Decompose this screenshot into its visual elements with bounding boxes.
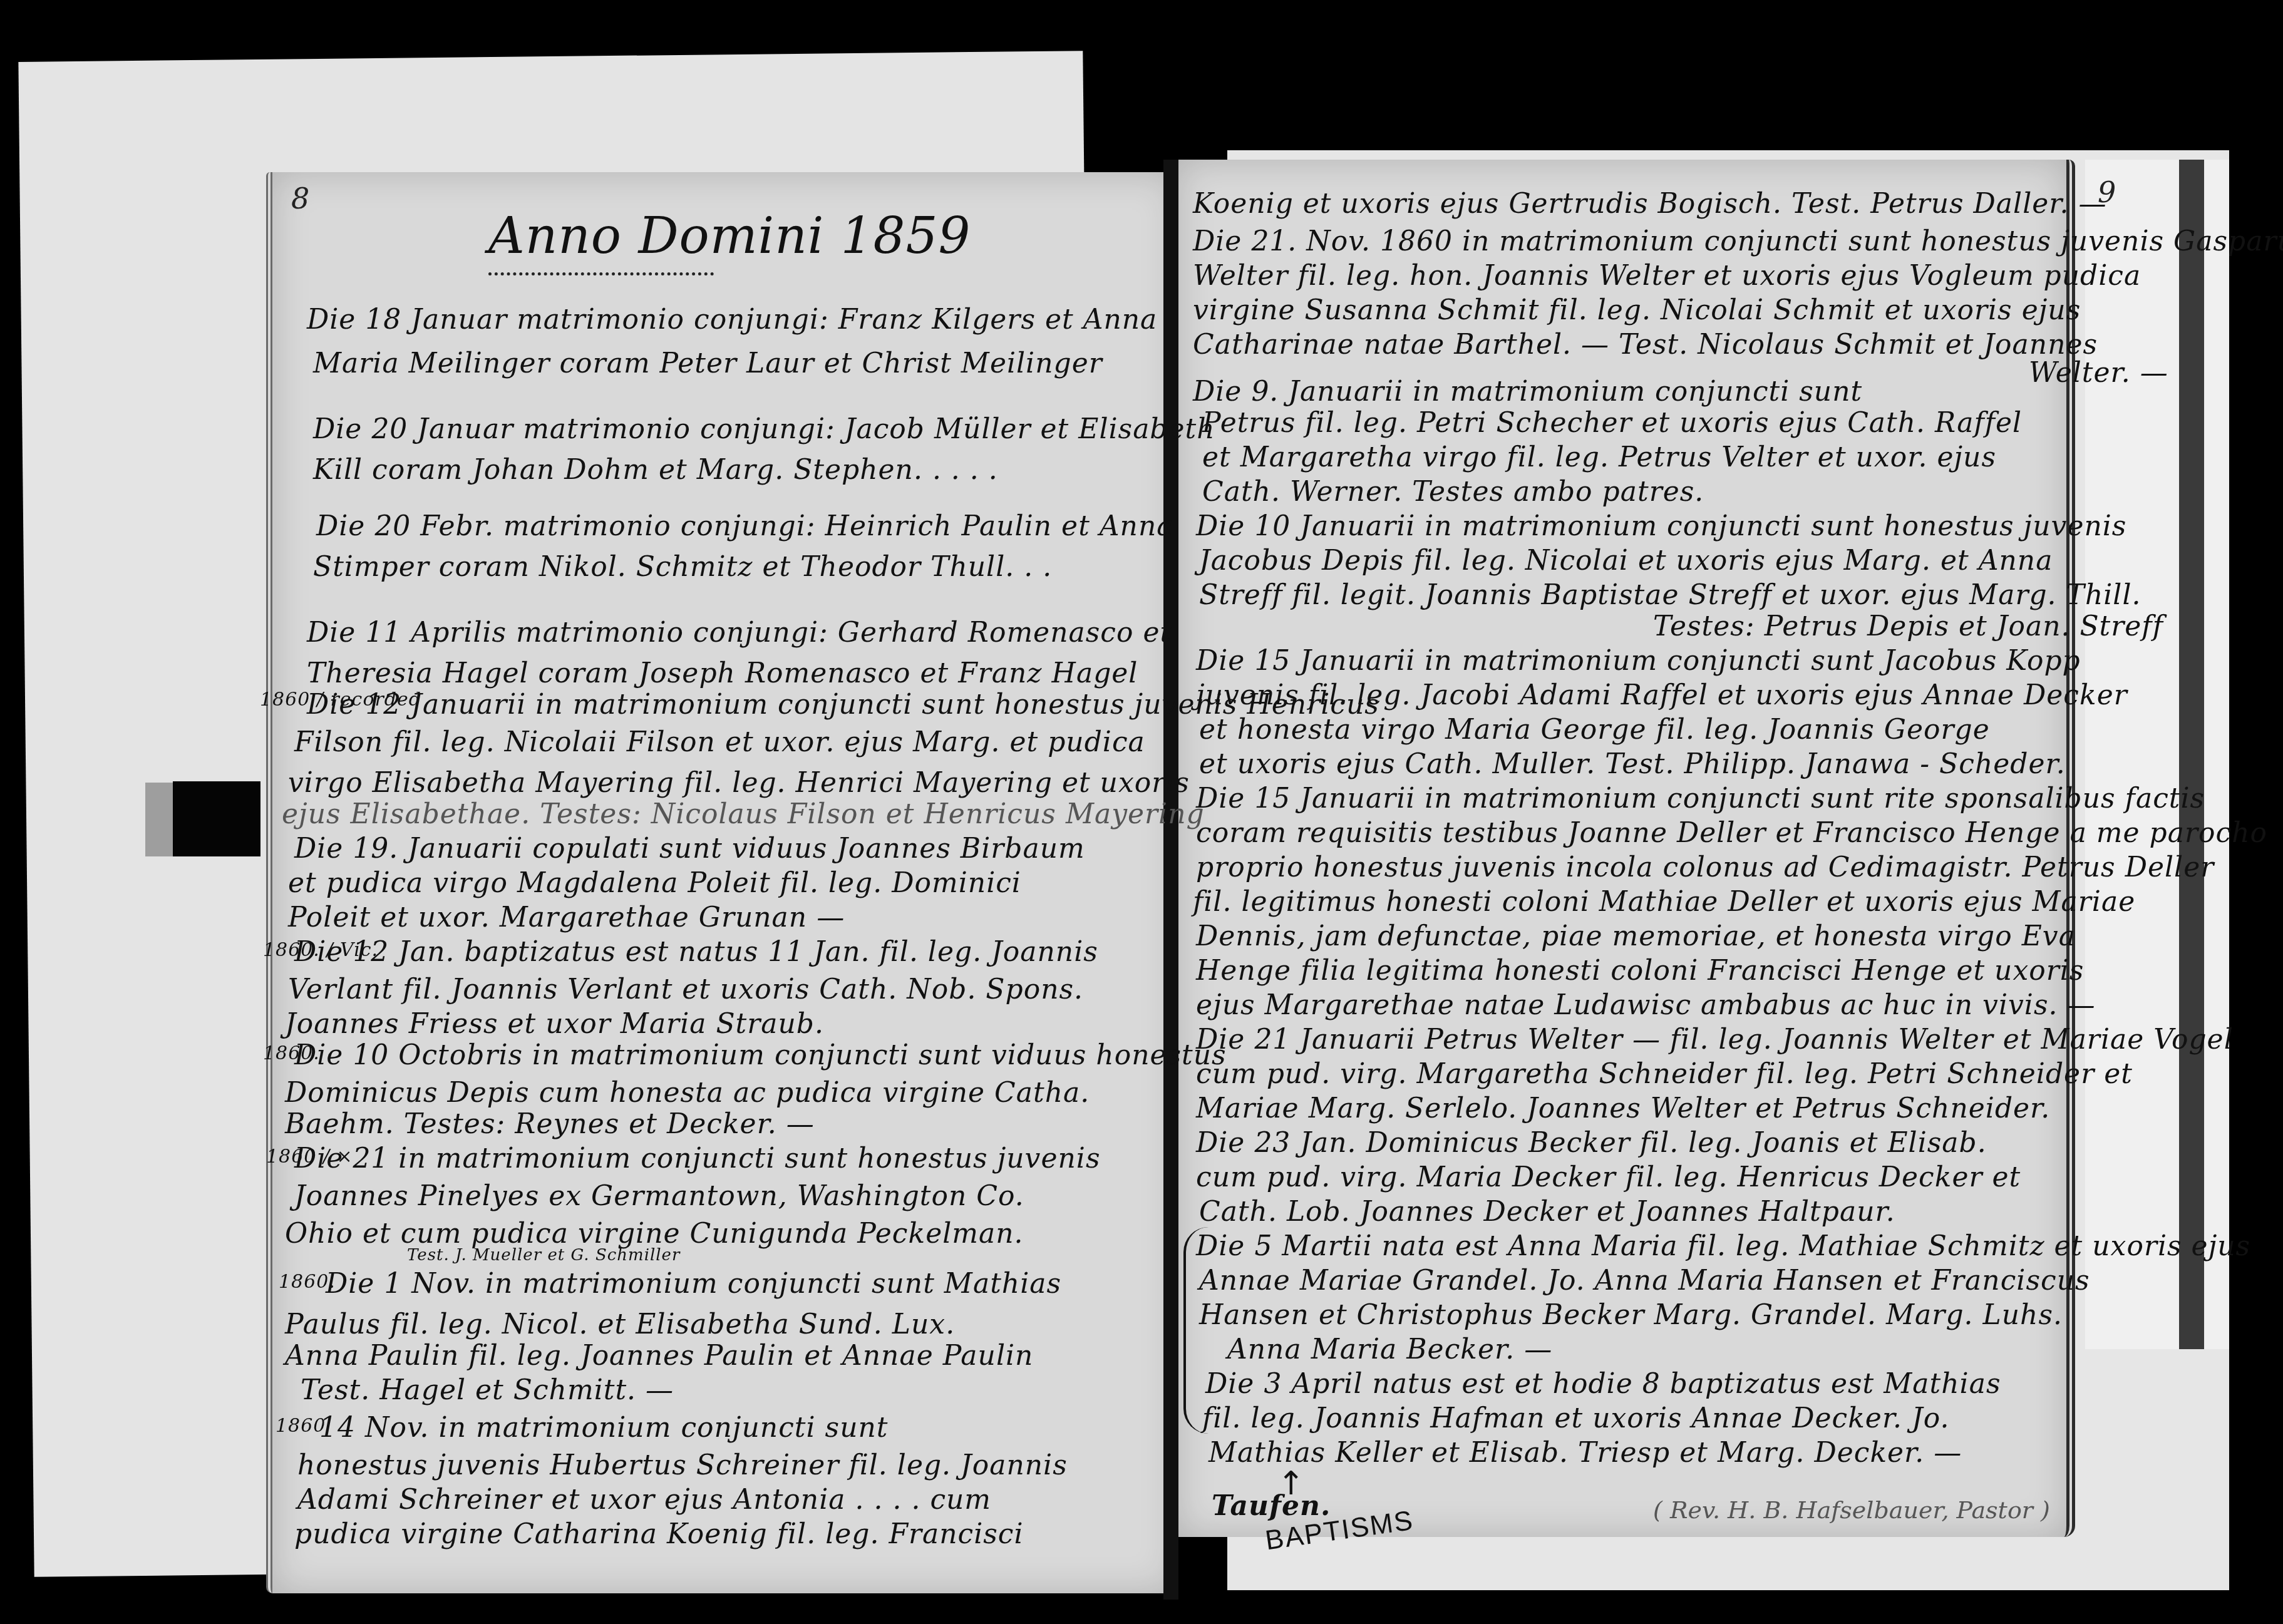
entry-line: Die 1 Nov. in matrimonium conjuncti sunt… (326, 1268, 1061, 1300)
entry-line: Die 21 in matrimonium conjuncti sunt hon… (294, 1143, 1101, 1174)
margin-year: 1860 (276, 1415, 326, 1437)
witness-note: Test. J. Mueller et G. Schmiller (407, 1246, 680, 1265)
entry-line: Henge filia legitima honesti coloni Fran… (1196, 955, 2084, 987)
entry-line: Poleit et uxor. Margarethae Grunan — (288, 902, 845, 933)
entry-line: Filson fil. leg. Nicolaii Filson et uxor… (294, 726, 1145, 758)
entry-line: Test. Hagel et Schmitt. — (301, 1374, 674, 1406)
entry-line: Ohio et cum pudica virgine Cunigunda Pec… (285, 1218, 1024, 1250)
entry-line: Die 3 April natus est et hodie 8 baptiza… (1205, 1368, 2001, 1400)
entry-line: Paulus fil. leg. Nicol. et Elisabetha Su… (285, 1308, 955, 1340)
entry-line: Die 9. Januarii in matrimonium conjuncti… (1193, 376, 1862, 408)
entry-line: Anna Paulin fil. leg. Joannes Paulin et … (285, 1340, 1033, 1372)
entry-line: Verlant fil. Joannis Verlant et uxoris C… (288, 974, 1083, 1005)
entry-line: et Margaretha virgo fil. leg. Petrus Vel… (1202, 441, 1996, 473)
entry-line: Testes: Petrus Depis et Joan. Streff (1653, 610, 2163, 642)
entry-line: Mathias Keller et Elisab. Triesp et Marg… (1208, 1437, 1962, 1469)
entry-line: Cath. Lob. Joannes Decker et Joannes Hal… (1199, 1196, 1895, 1228)
tab-shadow (145, 783, 175, 856)
entry-line: Joannes Pinelyes ex Germantown, Washingt… (294, 1180, 1024, 1212)
entry-line: coram requisitis testibus Joanne Deller … (1196, 817, 2267, 849)
entry-line: Die 23 Jan. Dominicus Becker fil. leg. J… (1196, 1127, 1987, 1159)
entry-line: et honesta virgo Maria George fil. leg. … (1199, 714, 1990, 746)
entry-line: Die 12 Jan. baptizatus est natus 11 Jan.… (294, 936, 1098, 968)
entry-line: Die 20 Januar matrimonio conjungi: Jacob… (313, 413, 1215, 445)
entry-line: Stimper coram Nikol. Schmitz et Theodor … (313, 551, 1052, 583)
entry-line: Die 5 Martii nata est Anna Maria fil. le… (1196, 1230, 2250, 1262)
heading-flourish (488, 266, 714, 275)
entry-line: Welter. — (2029, 357, 2168, 389)
page-number-left: 8 (291, 182, 310, 215)
entry-line: Die 18 Januar matrimonio conjungi: Franz… (307, 304, 1157, 336)
entry-line: virgo Elisabetha Mayering fil. leg. Henr… (288, 767, 1190, 799)
entry-line: juvenis fil. leg. Jacobi Adami Raffel et… (1196, 679, 2128, 711)
entry-line: ejus Elisabethae. Testes: Nicolaus Filso… (282, 798, 1205, 830)
entry-line: Die 21. Nov. 1860 in matrimonium conjunc… (1193, 225, 2283, 257)
entry-line: Anna Maria Becker. — (1227, 1334, 1552, 1365)
entry-line: honestus juvenis Hubertus Schreiner fil.… (297, 1449, 1068, 1481)
entry-line: proprio honestus juvenis incola colonus … (1196, 851, 2214, 883)
entry-line: Kill coram Johan Dohm et Marg. Stephen. … (313, 454, 998, 486)
page-marker-bar (2179, 160, 2204, 1349)
entry-line: Catharinae natae Barthel. — Test. Nicola… (1193, 329, 2098, 361)
entry-line: Welter fil. leg. hon. Joannis Welter et … (1193, 260, 2141, 292)
entry-line: Adami Schreiner et uxor ejus Antonia . .… (297, 1484, 991, 1516)
entry-line: Mariae Marg. Serlelo. Joannes Welter et … (1196, 1092, 2050, 1124)
entry-line: Petrus fil. leg. Petri Schecher et uxori… (1202, 407, 2022, 439)
entry-line: Die 10 Octobris in matrimonium conjuncti… (294, 1039, 1227, 1071)
entry-line: Cath. Werner. Testes ambo patres. (1202, 476, 1704, 508)
entry-line: Dominicus Depis cum honesta ac pudica vi… (285, 1077, 1090, 1109)
entry-line: Die 21 Januarii Petrus Welter — fil. leg… (1196, 1024, 2234, 1056)
pastor-signature: ( Rev. H. B. Hafselbauer, Pastor ) (1653, 1496, 2050, 1524)
entry-line: fil. legitimus honesti coloni Mathiae De… (1193, 886, 2135, 918)
entry-line: fil. leg. Joannis Hafman et uxoris Annae… (1202, 1402, 1949, 1434)
entry-line: et pudica virgo Magdalena Poleit fil. le… (288, 867, 1021, 899)
entry-line: virgine Susanna Schmit fil. leg. Nicolai… (1193, 294, 2081, 326)
entry-line: pudica virgine Catharina Koenig fil. leg… (294, 1518, 1024, 1550)
entry-line: Die 19. Januarii copulati sunt viduus Jo… (294, 833, 1085, 865)
entry-line: Baehm. Testes: Reynes et Decker. — (285, 1108, 815, 1140)
entry-line: Annae Mariae Grandel. Jo. Anna Maria Han… (1199, 1265, 2090, 1297)
entry-line: 14 Nov. in matrimonium conjuncti sunt (319, 1412, 889, 1444)
book-gutter (1163, 160, 1178, 1600)
entry-line: Maria Meilinger coram Peter Laur et Chri… (313, 347, 1103, 379)
entry-line: Koenig et uxoris ejus Gertrudis Bogisch.… (1193, 188, 2106, 220)
page-heading: Anno Domini 1859 (488, 207, 971, 265)
entry-line: Jacobus Depis fil. leg. Nicolai et uxori… (1199, 545, 2053, 577)
entry-line: ejus Margarethae natae Ludawisc ambabus … (1196, 989, 2095, 1021)
page-marker-slip (2085, 160, 2229, 1349)
entry-line: cum pud. virg. Maria Decker fil. leg. He… (1196, 1161, 2021, 1193)
entry-line: Die 20 Febr. matrimonio conjungi: Heinri… (316, 510, 1173, 542)
entry-line: Die 15 Januarii in matrimonium conjuncti… (1196, 645, 2081, 677)
footer-word-taufen: Taufen. (1212, 1490, 1331, 1522)
entry-line: et uxoris ejus Cath. Muller. Test. Phili… (1199, 748, 2066, 780)
entry-line: Die 11 Aprilis matrimonio conjungi: Gerh… (307, 617, 1172, 649)
entry-line: Die 15 Januarii in matrimonium conjuncti… (1196, 783, 2205, 815)
entry-line: Theresia Hagel coram Joseph Romenasco et… (307, 657, 1138, 689)
entry-line: Die 10 Januarii in matrimonium conjuncti… (1196, 510, 2126, 542)
entry-line: Hansen et Christophus Becker Marg. Grand… (1199, 1299, 2063, 1331)
arrow-up-icon: ↑ (1277, 1465, 1305, 1503)
black-tab-marker (173, 781, 260, 856)
entry-line: cum pud. virg. Margaretha Schneider fil.… (1196, 1058, 2133, 1090)
entry-line: Streff fil. legit. Joannis Baptistae Str… (1199, 579, 2141, 611)
entry-line: Joannes Friess et uxor Maria Straub. (285, 1008, 824, 1040)
entry-line: Dennis, jam defunctae, piae memoriae, et… (1196, 920, 2076, 952)
